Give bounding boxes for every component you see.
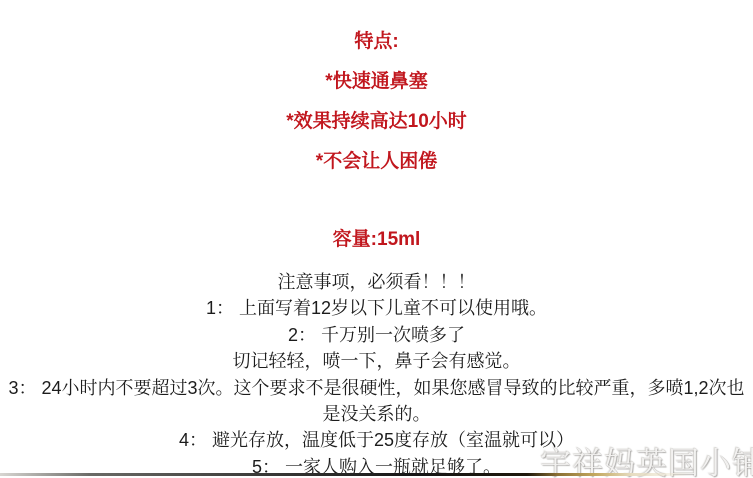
features-section: 特点: *快速通鼻塞 *效果持续高达10小时 *不会让人困倦 bbox=[0, 22, 753, 182]
feature-item-2: *效果持续高达10小时 bbox=[0, 102, 753, 142]
product-description-page: 特点: *快速通鼻塞 *效果持续高达10小时 *不会让人困倦 容量:15ml 注… bbox=[0, 0, 753, 478]
feature-item-1: *快速通鼻塞 bbox=[0, 62, 753, 102]
capacity-line: 容量:15ml bbox=[0, 228, 753, 252]
notes-section: 注意事项，必须看！！！ 1： 上面写着12岁以下儿童不可以使用哦。 2： 千万别… bbox=[0, 269, 753, 478]
note-line-4: 4： 避光存放，温度低于25度存放（室温就可以） bbox=[0, 427, 753, 453]
features-title: 特点: bbox=[0, 22, 753, 62]
notes-heading: 注意事项，必须看！！！ bbox=[0, 269, 753, 295]
feature-item-3: *不会让人困倦 bbox=[0, 142, 753, 182]
note-line-3b: 是没关系的。 bbox=[0, 401, 753, 427]
note-line-2b: 切记轻轻，喷一下，鼻子会有感觉。 bbox=[0, 348, 753, 374]
note-line-2: 2： 千万别一次喷多了 bbox=[0, 322, 753, 348]
note-line-1: 1： 上面写着12岁以下儿童不可以使用哦。 bbox=[0, 295, 753, 321]
bottom-divider bbox=[0, 473, 753, 476]
note-line-3: 3： 24小时内不要超过3次。这个要求不是很硬性，如果您感冒导致的比较严重，多喷… bbox=[0, 375, 753, 401]
